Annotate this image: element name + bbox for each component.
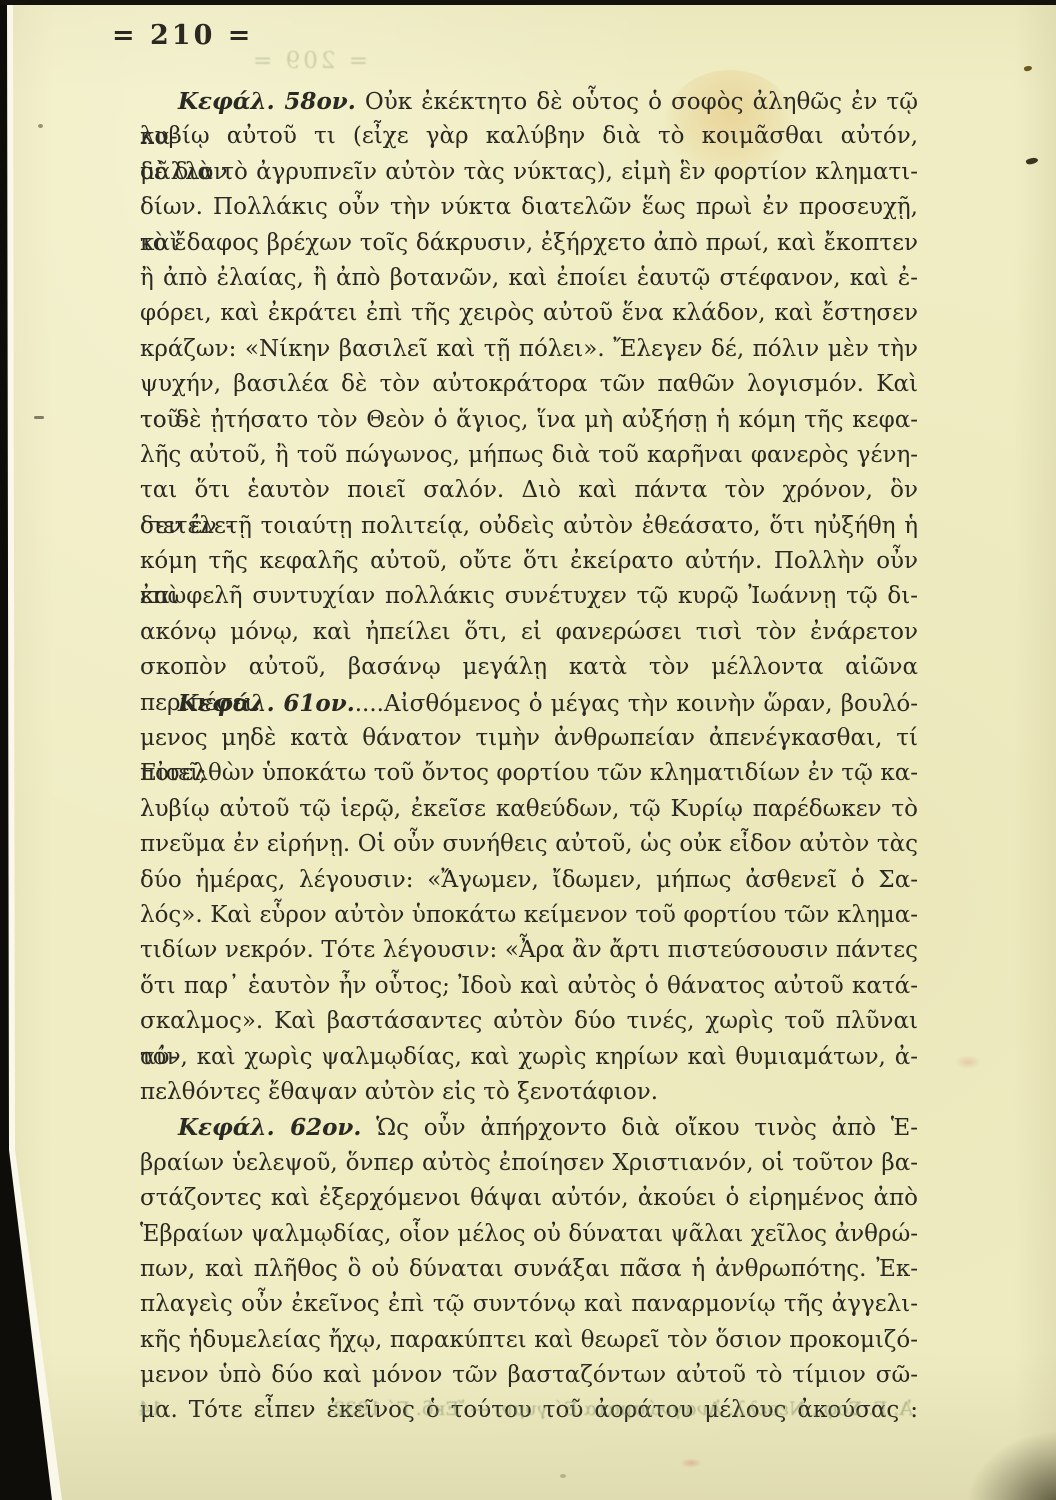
text-line: ται ὅτι ἑαυτὸν ποιεῖ σαλόν. Διὸ καὶ πάντ…	[140, 473, 918, 508]
text-line: τὸ ἔδαφος βρέχων τοῖς δάκρυσιν, ἐξήρχετο…	[140, 226, 918, 261]
text-line: δὲ διὰ τὸ ἀγρυπνεῖν αὐτὸν τὰς νύκτας), ε…	[140, 155, 918, 190]
text-line: λός». Καὶ εὗρον αὐτὸν ὑποκάτω κείμενον τ…	[140, 898, 918, 933]
text-line: κῆς ἡδυμελείας ἤχῳ, παρακύπτει καὶ θεωρε…	[140, 1323, 918, 1358]
paragraph-first-line: Κεφάλ. 61ον.....Αἰσθόμενος ὁ μέγας τὴν κ…	[140, 686, 918, 721]
text-line: σκαλμος». Καὶ βαστάσαντες αὐτὸν δύο τινέ…	[140, 1004, 918, 1039]
ink-speck	[34, 416, 44, 419]
text-line: τόν, καὶ χωρὶς ψαλμῳδίας, καὶ χωρὶς κηρί…	[140, 1040, 918, 1075]
ink-speck	[38, 124, 43, 128]
text-line: ὅτι παρ᾽ ἑαυτὸν ἦν οὗτος; Ἰδοὺ καὶ αὐτὸς…	[140, 969, 918, 1004]
chapter-heading: Κεφάλ. 61ον.	[178, 690, 355, 717]
text-line: ακόνῳ μόνῳ, καὶ ἠπείλει ὅτι, εἰ φανερώσε…	[140, 615, 918, 650]
text-line: ....Αἰσθόμενος ὁ μέγας τὴν κοινὴν ὥραν, …	[355, 691, 918, 717]
show-through-footer: Ἀ. Γ. Σοφ., Νεοελλ. Ἀναγνώσματα Ε΄ γυμν.…	[138, 1398, 913, 1420]
text-line: φόρει, καὶ ἐκράτει ἐπὶ τῆς χειρὸς αὐτοῦ …	[140, 296, 918, 331]
chapter-heading: Κεφάλ. 62ον.	[178, 1114, 361, 1141]
text-line: πνεῦμα ἐν εἰρήνῃ. Οἱ οὖν συνήθεις αὐτοῦ,…	[140, 827, 918, 862]
text-line: δύο ἡμέρας, λέγουσιν: «Ἄγωμεν, ἴδωμεν, μ…	[140, 863, 918, 898]
text-line: ψυχήν, βασιλέα δὲ τὸν αὐτοκράτορα τῶν πα…	[140, 367, 918, 402]
text-line: το δὲ ᾐτήσατο τὸν Θεὸν ὁ ἅγιος, ἵνα μὴ α…	[140, 403, 918, 438]
text-line: Ὡς οὖν ἀπήρχοντο διὰ οἴκου τινὸς ἀπὸ Ἑ-	[361, 1115, 918, 1141]
show-through-page-number: = 209 =	[250, 48, 368, 74]
text-line: πλαγεὶς οὖν ἐκεῖνος ἐπὶ τῷ συντόνῳ καὶ π…	[140, 1287, 918, 1322]
ink-speck	[560, 1474, 566, 1478]
page-number-header: = 210 =	[112, 20, 253, 51]
text-line: βραίων ὑελεψοῦ, ὅνπερ αὐτὸς ἐποίησεν Χρι…	[140, 1146, 918, 1181]
text-line: πων, καὶ πλῆθος ὃ οὐ δύναται συνάξαι πᾶσ…	[140, 1252, 918, 1287]
text-line: μενος μηδὲ κατὰ θάνατον τιμὴν ἀνθρωπείαν…	[140, 721, 918, 756]
scanner-edge-top	[0, 0, 1056, 5]
body-text: Κεφάλ. 58ον. Οὐκ ἐκέκτητο δὲ οὗτος ὁ σοφ…	[140, 84, 918, 1429]
show-through-footer-page: 14	[138, 1398, 162, 1420]
text-line: λυβίῳ αὐτοῦ τῷ ἱερῷ, ἐκεῖσε καθεύδων, τῷ…	[140, 792, 918, 827]
text-line: πελθόντες ἔθαψαν αὐτὸν εἰς τὸ ξενοτάφιον…	[140, 1075, 918, 1110]
text-line: κόμη τῆς κεφαλῆς αὐτοῦ, οὔτε ὅτι ἐκείρατ…	[140, 544, 918, 579]
text-line: ἢ ἀπὸ ἐλαίας, ἢ ἀπὸ βοτανῶν, καὶ ἐποίει …	[140, 261, 918, 296]
text-line: Ἑβραίων ψαλμῳδίας, οἷον μέλος οὐ δύναται…	[140, 1217, 918, 1252]
paragraph-first-line: Κεφάλ. 62ον. Ὡς οὖν ἀπήρχοντο διὰ οἴκου …	[140, 1110, 918, 1145]
text-line: μενον ὑπὸ δύο καὶ μόνον τῶν βασταζόντων …	[140, 1358, 918, 1393]
text-line: κράζων: «Νίκην βασιλεῖ καὶ τῇ πόλει». Ἔλ…	[140, 332, 918, 367]
text-line: Εἰσελθὼν ὑποκάτω τοῦ ὄντος φορτίου τῶν κ…	[140, 756, 918, 791]
text-line: λῆς αὐτοῦ, ἢ τοῦ πώγωνος, μήπως διὰ τοῦ …	[140, 438, 918, 473]
text-line: σκοπὸν αὐτοῦ, βασάνῳ μεγάλῃ κατὰ τὸν μέλ…	[140, 650, 918, 685]
text-line: τιδίων νεκρόν. Τότε λέγουσιν: «Ἆρα ἂν ἄρ…	[140, 933, 918, 968]
page-corner-shadow	[966, 1430, 1056, 1500]
text-line: στάζοντες καὶ ἐξερχόμενοι θάψαι αὐτόν, ἀ…	[140, 1181, 918, 1216]
text-line: σεν ἐν τῇ τοιαύτῃ πολιτείᾳ, οὐδεὶς αὐτὸν…	[140, 509, 918, 544]
paragraph-first-line: Κεφάλ. 58ον. Οὐκ ἐκέκτητο δὲ οὗτος ὁ σοφ…	[140, 84, 918, 119]
scanned-book-page: { "page": { "header_display": "= 210 =",…	[0, 0, 1056, 1500]
text-line: λυβίῳ αὐτοῦ τι (εἶχε γὰρ καλύβην διὰ τὸ …	[140, 119, 918, 154]
text-line: δίων. Πολλάκις οὖν τὴν νύκτα διατελῶν ἕω…	[140, 190, 918, 225]
show-through-footer-citation: Ἀ. Γ. Σοφ., Νεοελλ. Ἀναγνώσματα Ε΄ γυμν.…	[327, 1398, 913, 1420]
chapter-heading: Κεφάλ. 58ον.	[178, 88, 356, 115]
paper-stain	[680, 1458, 702, 1468]
text-line: ἐπωφελῆ συντυχίαν πολλάκις συνέτυχεν τῷ …	[140, 579, 918, 614]
paper-stain	[955, 1055, 981, 1069]
